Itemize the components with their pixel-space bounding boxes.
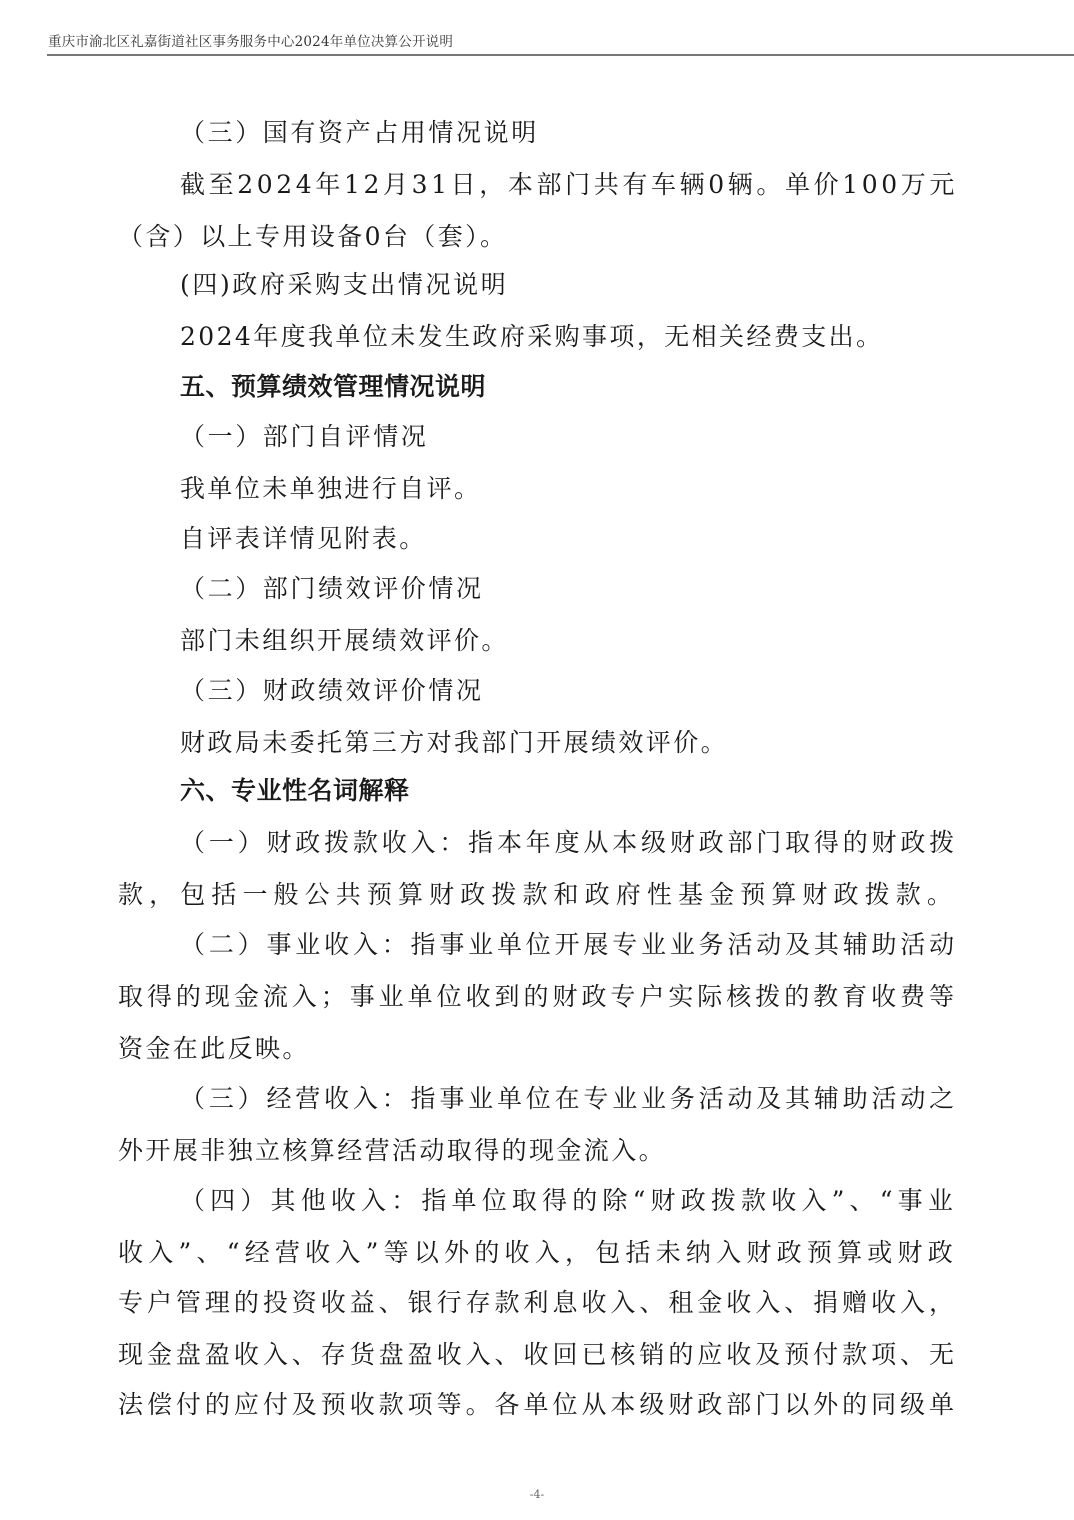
paragraph-line: 2024年度我单位未发生政府采购事项，无相关经费支出。 [180,320,883,354]
subsection-heading: （三）国有资产占用情况说明 [180,116,539,150]
subsection-heading: (四)政府采购支出情况说明 [180,268,508,302]
paragraph-line: 款，包括一般公共预算财政拨款和政府性基金预算财政拨款。 [118,878,958,912]
paragraph-line: （二）事业收入：指事业单位开展专业业务活动及其辅助活动 [180,928,958,962]
header-divider [47,54,1074,56]
paragraph-line: （含）以上专用设备0台（套）。 [118,220,507,254]
paragraph-line: 截至2024年12月31日，本部门共有车辆0辆。单价100万元 [180,168,958,202]
document-header-title: 重庆市渝北区礼嘉街道社区事务服务中心2024年单位决算公开说明 [48,30,453,50]
paragraph-line: （三）经营收入：指事业单位在专业业务活动及其辅助活动之 [180,1082,958,1116]
subsection-heading: （一）部门自评情况 [180,420,428,454]
paragraph-line: 取得的现金流入；事业单位收到的财政专户实际核拨的教育收费等 [118,980,958,1014]
paragraph-line: 部门未组织开展绩效评价。 [180,624,509,658]
paragraph-line: 法偿付的应付及预收款项等。各单位从本级财政部门以外的同级单 [118,1388,958,1422]
paragraph-line: 收入”、“经营收入”等以外的收入，包括未纳入财政预算或财政 [118,1236,958,1270]
section-heading: 六、专业性名词解释 [180,774,410,808]
paragraph-line: 外开展非独立核算经营活动取得的现金流入。 [118,1134,666,1168]
paragraph-line: （四）其他收入：指单位取得的除“财政拨款收入”、“事业 [180,1184,958,1218]
paragraph-line: 现金盘盈收入、存货盘盈收入、收回已核销的应收及预付款项、无 [118,1338,958,1372]
paragraph-line: 财政局未委托第三方对我部门开展绩效评价。 [180,726,728,760]
subsection-heading: （三）财政绩效评价情况 [180,674,484,708]
paragraph-line: （一）财政拨款收入：指本年度从本级财政部门取得的财政拨 [180,826,958,860]
page-number: -4- [0,1488,1074,1501]
paragraph-line: 自评表详情见附表。 [180,522,427,556]
paragraph-line: 我单位未单独进行自评。 [180,472,481,506]
section-heading: 五、预算绩效管理情况说明 [180,370,486,404]
paragraph-line: 资金在此反映。 [118,1032,310,1066]
paragraph-line: 专户管理的投资收益、银行存款利息收入、租金收入、捐赠收入， [118,1286,958,1320]
subsection-heading: （二）部门绩效评价情况 [180,572,484,606]
